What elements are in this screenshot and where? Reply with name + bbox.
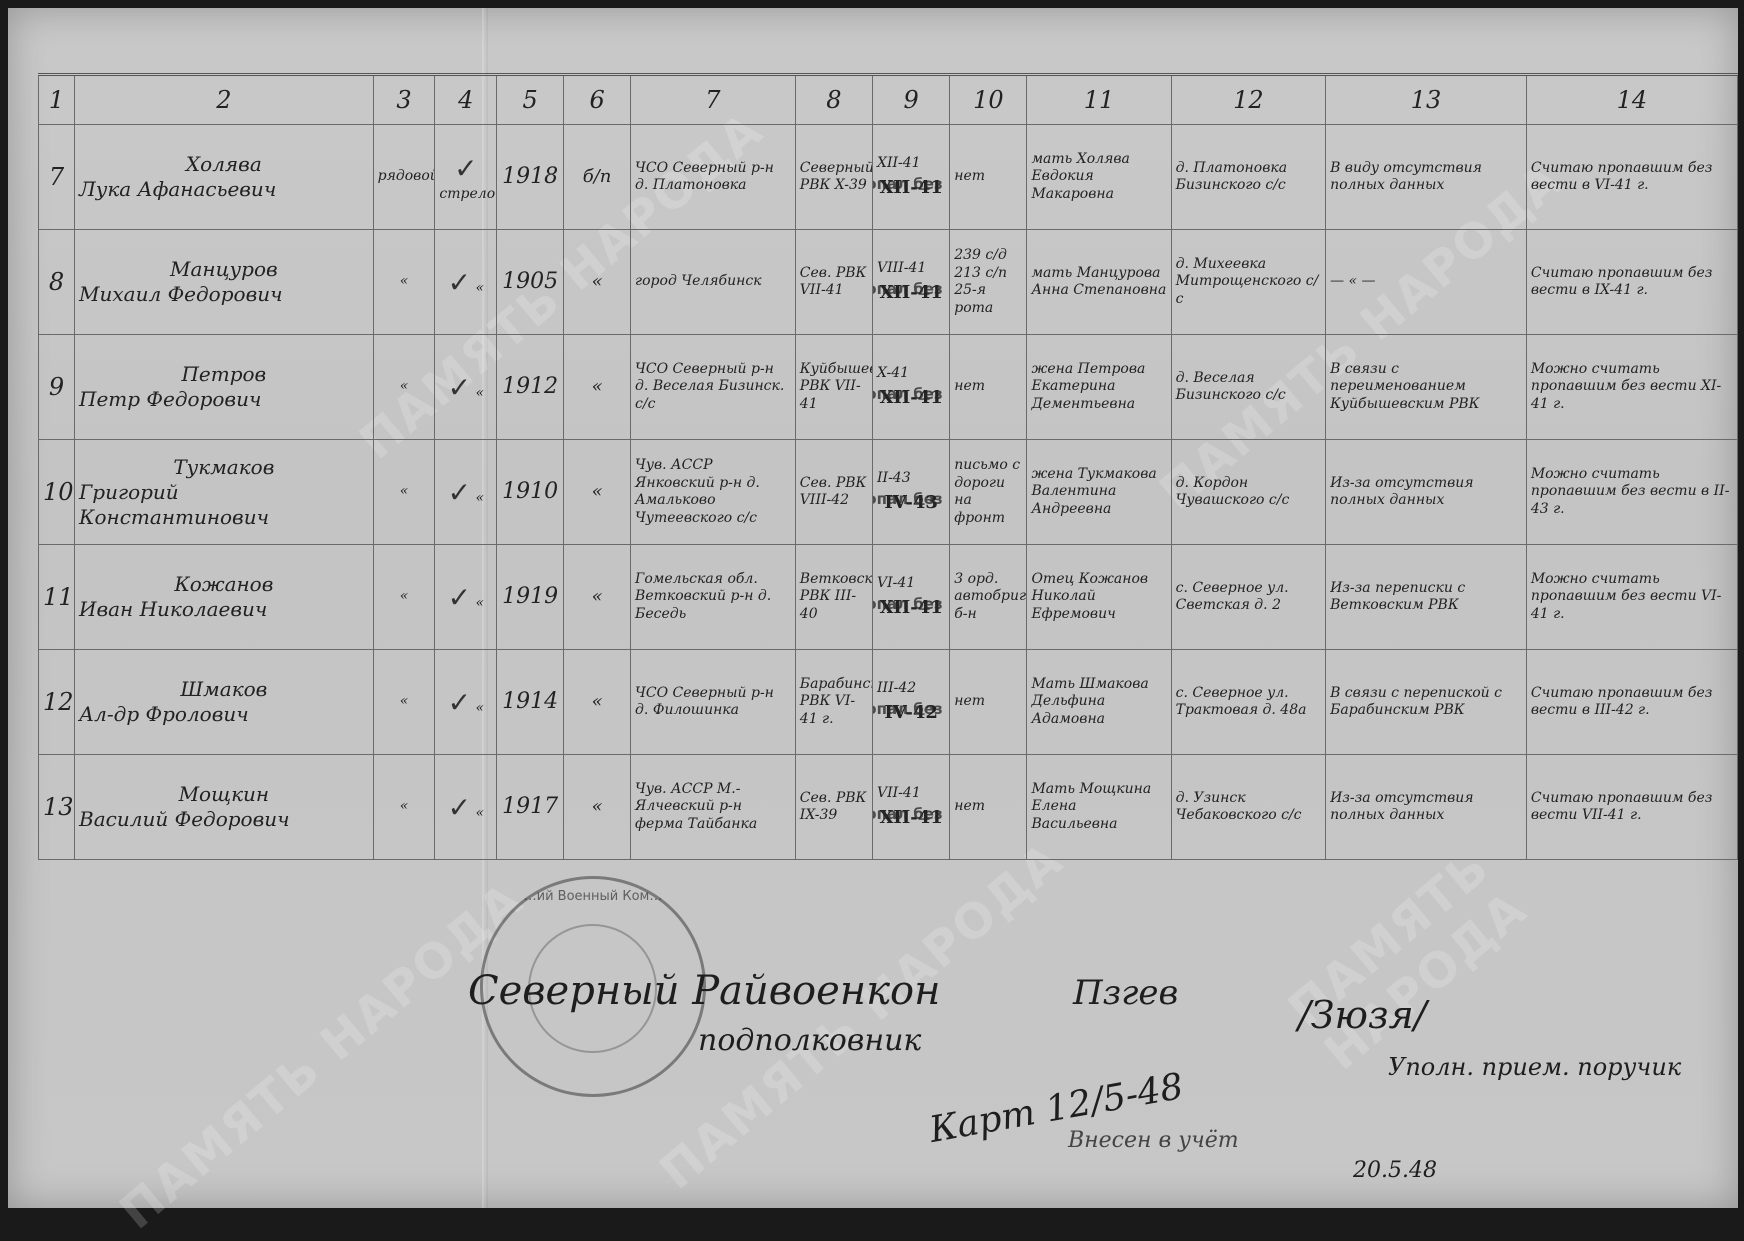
missing-stamp: Пропал без вести: [873, 805, 950, 824]
position: «: [475, 490, 484, 506]
birth-year: 1914: [502, 689, 558, 714]
position-cell: ✓ стрелок: [435, 125, 497, 230]
row-number-text: 11: [43, 583, 74, 611]
party-status: б/п: [583, 166, 612, 187]
reason-cell: В связи с перепиской с Барабинским РВК: [1326, 650, 1527, 755]
full-name: МощкинВасилий Федорович: [75, 755, 374, 860]
relative-address: д. Платоновка Бизинского с/с: [1176, 160, 1287, 194]
position-cell: ✓ «: [435, 440, 497, 545]
conclusion-cell: Можно считать пропавшим без вести VI-41 …: [1526, 545, 1737, 650]
relative-cell: жена Тукмакова Валентина Андреевна: [1027, 440, 1171, 545]
unit-cell: письмо с дороги на фронт: [950, 440, 1027, 545]
birth-year: 1910: [502, 479, 558, 504]
full-name: ТукмаковГригорий Константинович: [75, 440, 374, 545]
column-number-12: 12: [1171, 75, 1325, 125]
birth-year: 1905: [502, 269, 558, 294]
conclusion: Можно считать пропавшим без вести в II-4…: [1531, 466, 1730, 517]
unit: нет: [954, 378, 985, 394]
unit-cell: нет: [950, 650, 1027, 755]
birth-year-cell: 1905: [497, 230, 564, 335]
relative-address: д. Узинск Чебаковского с/с: [1176, 790, 1302, 824]
position: «: [475, 385, 484, 401]
unit-cell: нет: [950, 125, 1027, 230]
draft-office: Ветковским РВК III-40: [800, 571, 873, 622]
surname: Кожанов: [79, 572, 369, 597]
column-number-10: 10: [950, 75, 1027, 125]
checkmark-icon: ✓: [448, 685, 471, 720]
party-status: «: [592, 586, 603, 607]
reason: В связи с перепиской с Барабинским РВК: [1330, 685, 1502, 719]
surname: Петров: [79, 362, 369, 387]
birthplace-cell: ЧСО Северный р-н д. Веселая Бизинск. с/с: [631, 335, 796, 440]
conclusion: Считаю пропавшим без вести VII-41 г.: [1531, 790, 1713, 824]
rank: «: [400, 483, 409, 499]
surname: Шмаков: [79, 677, 369, 702]
receiver-date: 20.5.48: [1353, 1158, 1437, 1183]
row-number: 12: [39, 650, 75, 755]
conclusion-cell: Считаю пропавшим без вести в IX-41 г.: [1526, 230, 1737, 335]
relative-address: д. Веселая Бизинского с/с: [1176, 370, 1286, 404]
draft-cell: Сев. РВК IX-39: [795, 755, 872, 860]
column-number-2: 2: [75, 75, 374, 125]
table-row: 9ПетровПетр Федорович«✓ «1912«ЧСО Северн…: [39, 335, 1738, 440]
row-number-text: 10: [43, 478, 74, 506]
checkmark-icon: ✓: [448, 265, 471, 300]
last-letter-cell: II-43Пропал без вестиIV-43: [873, 440, 950, 545]
registration-mark: Внесен в учёт: [1068, 1128, 1239, 1153]
position: стрелок: [439, 186, 496, 202]
column-number-6: 6: [564, 75, 631, 125]
given-name: Василий Федорович: [79, 807, 290, 831]
address-cell: д. Узинск Чебаковского с/с: [1171, 755, 1325, 860]
row-number: 7: [39, 125, 75, 230]
draft-office: Куйбышевским РВК VII-41: [800, 361, 873, 412]
birth-year-cell: 1914: [497, 650, 564, 755]
address-cell: д. Веселая Бизинского с/с: [1171, 335, 1325, 440]
birthplace: ЧСО Северный р-н д. Платоновка: [635, 160, 774, 194]
birth-year: 1919: [502, 584, 558, 609]
reason-cell: В связи с переименованием Куйбышевским Р…: [1326, 335, 1527, 440]
party-status: «: [592, 481, 603, 502]
table-row: 8МанцуровМихаил Федорович«✓ «1905«город …: [39, 230, 1738, 335]
document-sheet: ПАМЯТЬ НАРОДА ПАМЯТЬ НАРОДА ПАМЯТЬ НАРОД…: [8, 8, 1738, 1208]
last-letter-date: II-43: [877, 470, 911, 486]
column-number-8: 8: [795, 75, 872, 125]
missing-stamp: Пропал без вести: [873, 385, 950, 404]
rank: «: [400, 588, 409, 604]
full-name: КожановИван Николаевич: [75, 545, 374, 650]
birthplace-cell: Гомельская обл. Ветковский р-н д. Беседь: [631, 545, 796, 650]
birthplace: Чув. АССР М.-Ялчевский р-н ферма Тайбанк…: [635, 781, 757, 832]
checkmark-icon: ✓: [448, 475, 471, 510]
conclusion-cell: Считаю пропавшим без вести в VI-41 г.: [1526, 125, 1737, 230]
missing-stamp: Пропал без вести: [873, 595, 950, 614]
birthplace-cell: город Челябинск: [631, 230, 796, 335]
rank-cell: «: [373, 650, 435, 755]
rank: «: [400, 693, 409, 709]
birth-year-cell: 1918: [497, 125, 564, 230]
column-number-13: 13: [1326, 75, 1527, 125]
full-name: ПетровПетр Федорович: [75, 335, 374, 440]
party-cell: «: [564, 755, 631, 860]
conclusion-cell: Считаю пропавшим без вести VII-41 г.: [1526, 755, 1737, 860]
unit: нет: [954, 168, 985, 184]
relative: жена Тукмакова Валентина Андреевна: [1031, 466, 1156, 517]
relative-cell: Отец Кожанов Николай Ефремович: [1027, 545, 1171, 650]
relative-address: с. Северное ул. Трактовая д. 48а: [1176, 685, 1307, 719]
rank: «: [400, 378, 409, 394]
rank: «: [400, 273, 409, 289]
birthplace-cell: Чув. АССР Янковский р-н д. Амальково Чут…: [631, 440, 796, 545]
reason-cell: Из-за отсутствия полных данных: [1326, 755, 1527, 860]
birthplace-cell: ЧСО Северный р-н д. Филошинка: [631, 650, 796, 755]
birth-year: 1918: [502, 164, 558, 189]
address-cell: д. Михеевка Митрощенского с/с: [1171, 230, 1325, 335]
row-number-text: 9: [49, 373, 64, 401]
full-name: ХоляваЛука Афанасьевич: [75, 125, 374, 230]
row-number: 10: [39, 440, 75, 545]
rank-cell: рядовой: [373, 125, 435, 230]
relative-cell: мать Манцурова Анна Степановна: [1027, 230, 1171, 335]
rank-cell: «: [373, 755, 435, 860]
draft-cell: Сев. РВК VIII-42: [795, 440, 872, 545]
reason: В виду отсутствия полных данных: [1330, 160, 1482, 194]
watermark: ПАМЯТЬ НАРОДА: [649, 832, 1074, 1201]
party-status: «: [592, 376, 603, 397]
given-name: Ал-др Фролович: [79, 702, 249, 726]
row-number-text: 7: [49, 163, 64, 191]
missing-stamp: Пропал без вести: [873, 280, 950, 299]
column-number-3: 3: [373, 75, 435, 125]
surname: Мощкин: [79, 782, 369, 807]
party-cell: б/п: [564, 125, 631, 230]
address-cell: д. Кордон Чувашского с/с: [1171, 440, 1325, 545]
table-row: 13МощкинВасилий Федорович«✓ «1917«Чув. А…: [39, 755, 1738, 860]
conclusion-cell: Можно считать пропавшим без вести в II-4…: [1526, 440, 1737, 545]
relative: Мать Мощкина Елена Васильевна: [1031, 781, 1151, 832]
row-number: 8: [39, 230, 75, 335]
given-name: Михаил Федорович: [79, 282, 283, 306]
birthplace: город Челябинск: [635, 273, 762, 289]
last-letter-cell: X-41Пропал без вестиXII-41: [873, 335, 950, 440]
draft-cell: Сев. РВК VII-41: [795, 230, 872, 335]
draft-office: Сев. РВК VII-41: [800, 265, 867, 299]
row-number: 13: [39, 755, 75, 860]
surname: Холява: [79, 152, 369, 177]
checkmark-icon: ✓: [448, 790, 471, 825]
party-cell: «: [564, 545, 631, 650]
party-status: «: [592, 691, 603, 712]
rank-cell: «: [373, 230, 435, 335]
conclusion: Можно считать пропавшим без вести XI-41 …: [1531, 361, 1721, 412]
reason-cell: В виду отсутствия полных данных: [1326, 125, 1527, 230]
unit-cell: 3 орд. автобригада б-н: [950, 545, 1027, 650]
given-name: Петр Федорович: [79, 387, 261, 411]
birthplace-cell: Чув. АССР М.-Ялчевский р-н ферма Тайбанк…: [631, 755, 796, 860]
last-letter-date: VIII-41: [877, 260, 926, 276]
conclusion: Считаю пропавшим без вести в VI-41 г.: [1531, 160, 1713, 194]
birth-year-cell: 1919: [497, 545, 564, 650]
position: «: [475, 700, 484, 716]
party-status: «: [592, 271, 603, 292]
last-letter-cell: XII-41Пропал без вестиXII-41: [873, 125, 950, 230]
party-cell: «: [564, 650, 631, 755]
reason: В связи с переименованием Куйбышевским Р…: [1330, 361, 1479, 412]
row-number: 11: [39, 545, 75, 650]
relative-cell: Мать Мощкина Елена Васильевна: [1027, 755, 1171, 860]
receiver-note: Уполн. прием. поручик: [1388, 1053, 1681, 1081]
seal-text: …ий Военный Ком…: [483, 889, 703, 904]
watermark: ПАМЯТЬ НАРОДА: [109, 872, 534, 1215]
conclusion-cell: Считаю пропавшим без вести в III-42 г.: [1526, 650, 1737, 755]
relative-address: д. Михеевка Митрощенского с/с: [1176, 256, 1319, 307]
draft-cell: Северный РВК X-39: [795, 125, 872, 230]
draft-office: Сев. РВК VIII-42: [800, 475, 867, 509]
birth-year: 1917: [502, 794, 558, 819]
address-cell: с. Северное ул. Светская д. 2: [1171, 545, 1325, 650]
row-number-text: 8: [49, 268, 64, 296]
column-number-14: 14: [1526, 75, 1737, 125]
rank-cell: «: [373, 335, 435, 440]
birthplace: Чув. АССР Янковский р-н д. Амальково Чут…: [635, 457, 760, 526]
row-number-text: 13: [43, 793, 74, 821]
unit: нет: [954, 693, 985, 709]
last-letter-cell: VIII-41Пропал без вестиXII-41: [873, 230, 950, 335]
column-number-7: 7: [631, 75, 796, 125]
birthplace: Гомельская обл. Ветковский р-н д. Беседь: [635, 571, 771, 622]
last-letter-cell: VII-41Пропал без вестиXII-41: [873, 755, 950, 860]
position: «: [475, 595, 484, 611]
unit-cell: 239 с/д 213 с/п 25-я рота: [950, 230, 1027, 335]
given-name: Иван Николаевич: [79, 597, 267, 621]
column-number-1: 1: [39, 75, 75, 125]
column-number-4: 4: [435, 75, 497, 125]
birth-year: 1912: [502, 374, 558, 399]
birthplace-cell: ЧСО Северный р-н д. Платоновка: [631, 125, 796, 230]
relative: Отец Кожанов Николай Ефремович: [1031, 571, 1148, 622]
relative-cell: мать Холява Евдокия Макаровна: [1027, 125, 1171, 230]
table-row: 12ШмаковАл-др Фролович«✓ «1914«ЧСО Север…: [39, 650, 1738, 755]
relative-address: с. Северное ул. Светская д. 2: [1176, 580, 1289, 614]
position-cell: ✓ «: [435, 650, 497, 755]
surname: Манцуров: [79, 257, 369, 282]
table-row: 7ХоляваЛука Афанасьевичрядовой✓ стрелок1…: [39, 125, 1738, 230]
checkmark-icon: ✓: [454, 151, 477, 186]
relative-cell: Мать Шмакова Дельфина Адамовна: [1027, 650, 1171, 755]
signature-mark: Пзгев: [1073, 973, 1178, 1013]
signature-name: /Зюзя/: [1298, 993, 1427, 1037]
unit-cell: нет: [950, 755, 1027, 860]
full-name: ШмаковАл-др Фролович: [75, 650, 374, 755]
reason-cell: — « —: [1326, 230, 1527, 335]
rank: рядовой: [378, 168, 435, 184]
conclusion: Можно считать пропавшим без вести VI-41 …: [1531, 571, 1722, 622]
position-cell: ✓ «: [435, 545, 497, 650]
signature-rank: подполковник: [698, 1023, 921, 1058]
unit: нет: [954, 798, 985, 814]
column-number-9: 9: [873, 75, 950, 125]
surname: Тукмаков: [79, 455, 369, 480]
position-cell: ✓ «: [435, 230, 497, 335]
draft-office: Сев. РВК IX-39: [800, 790, 867, 824]
relative: мать Манцурова Анна Степановна: [1031, 265, 1166, 299]
column-number-11: 11: [1027, 75, 1171, 125]
unit: 239 с/д 213 с/п 25-я рота: [954, 247, 1007, 316]
row-number-text: 12: [43, 688, 74, 716]
birth-year-cell: 1917: [497, 755, 564, 860]
party-cell: «: [564, 440, 631, 545]
table-row: 11КожановИван Николаевич«✓ «1919«Гомельс…: [39, 545, 1738, 650]
relative: Мать Шмакова Дельфина Адамовна: [1031, 676, 1148, 727]
relative-cell: жена Петрова Екатерина Дементьевна: [1027, 335, 1171, 440]
relative-address: д. Кордон Чувашского с/с: [1176, 475, 1290, 509]
draft-cell: Куйбышевским РВК VII-41: [795, 335, 872, 440]
last-letter-date: X-41: [877, 365, 909, 381]
reason: Из-за отсутствия полных данных: [1330, 475, 1474, 509]
draft-office: Северный РВК X-39: [800, 160, 873, 194]
draft-office: Барабинским РВК VI-41 г.: [800, 676, 873, 727]
conclusion-cell: Можно считать пропавшим без вести XI-41 …: [1526, 335, 1737, 440]
last-letter-cell: VI-41Пропал без вестиXII-41: [873, 545, 950, 650]
reason-cell: Из-за переписки с Ветковским РВК: [1326, 545, 1527, 650]
position: «: [475, 805, 484, 821]
birth-year-cell: 1912: [497, 335, 564, 440]
position: «: [475, 280, 484, 296]
missing-stamp: Пропал без вести: [873, 700, 950, 719]
missing-stamp: Пропал без вести: [873, 490, 950, 509]
address-cell: с. Северное ул. Трактовая д. 48а: [1171, 650, 1325, 755]
birth-year-cell: 1910: [497, 440, 564, 545]
missing-stamp: Пропал без вести: [873, 175, 950, 194]
reason: — « —: [1330, 273, 1375, 289]
rank-cell: «: [373, 545, 435, 650]
column-number-5: 5: [497, 75, 564, 125]
signature-title: Северный Райвоенкон: [468, 968, 940, 1014]
given-name: Григорий Константинович: [79, 480, 269, 529]
unit-cell: нет: [950, 335, 1027, 440]
unit: 3 орд. автобригада б-н: [954, 571, 1027, 622]
reason-cell: Из-за отсутствия полных данных: [1326, 440, 1527, 545]
table-row: 10ТукмаковГригорий Константинович«✓ «191…: [39, 440, 1738, 545]
party-cell: «: [564, 230, 631, 335]
conclusion: Считаю пропавшим без вести в IX-41 г.: [1531, 265, 1713, 299]
row-number: 9: [39, 335, 75, 440]
draft-cell: Барабинским РВК VI-41 г.: [795, 650, 872, 755]
missing-soldiers-table: 1234567891011121314 7ХоляваЛука Афанасье…: [38, 73, 1738, 860]
full-name: МанцуровМихаил Федорович: [75, 230, 374, 335]
position-cell: ✓ «: [435, 335, 497, 440]
relative: жена Петрова Екатерина Дементьевна: [1031, 361, 1145, 412]
draft-cell: Ветковским РВК III-40: [795, 545, 872, 650]
birthplace: ЧСО Северный р-н д. Филошинка: [635, 685, 774, 719]
birthplace: ЧСО Северный р-н д. Веселая Бизинск. с/с: [635, 361, 784, 412]
reason: Из-за переписки с Ветковским РВК: [1330, 580, 1465, 614]
position-cell: ✓ «: [435, 755, 497, 860]
last-letter-date: VI-41: [877, 575, 915, 591]
column-number-row: 1234567891011121314: [39, 75, 1738, 125]
reason: Из-за отсутствия полных данных: [1330, 790, 1474, 824]
address-cell: д. Платоновка Бизинского с/с: [1171, 125, 1325, 230]
relative: мать Холява Евдокия Макаровна: [1031, 151, 1129, 202]
last-letter-date: XII-41: [877, 155, 921, 171]
unit: письмо с дороги на фронт: [954, 457, 1020, 526]
last-letter-date: VII-41: [877, 785, 921, 801]
rank-cell: «: [373, 440, 435, 545]
last-letter-cell: III-42Пропал без вестиIV-42: [873, 650, 950, 755]
party-cell: «: [564, 335, 631, 440]
party-status: «: [592, 796, 603, 817]
checkmark-icon: ✓: [448, 580, 471, 615]
checkmark-icon: ✓: [448, 370, 471, 405]
rank: «: [400, 798, 409, 814]
given-name: Лука Афанасьевич: [79, 177, 276, 201]
conclusion: Считаю пропавшим без вести в III-42 г.: [1531, 685, 1713, 719]
last-letter-date: III-42: [877, 680, 916, 696]
